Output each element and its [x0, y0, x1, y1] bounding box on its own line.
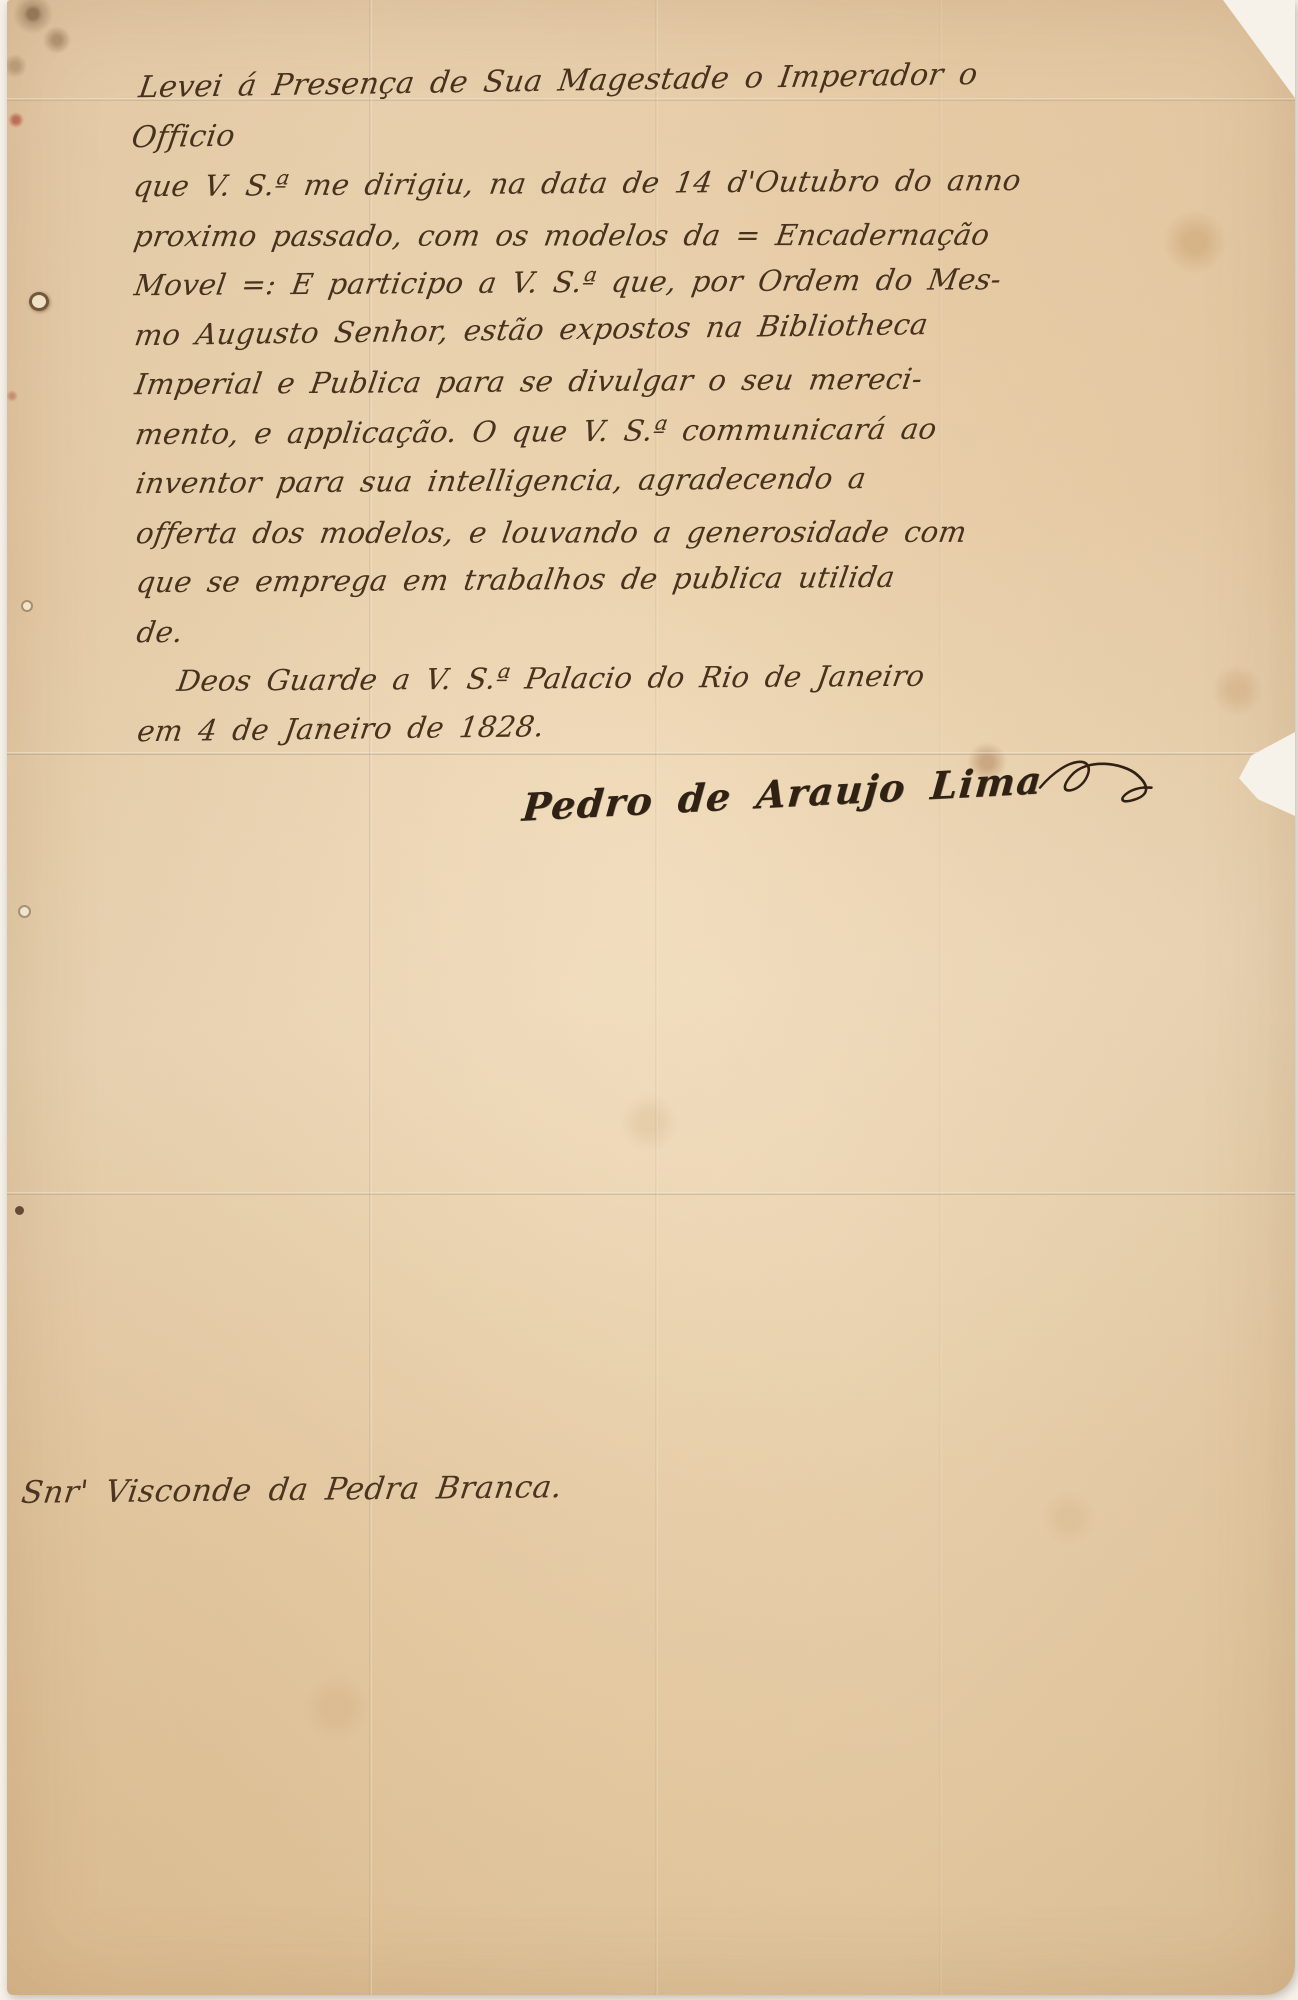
closing-line-salutation: Deos Guarde a V. S.ª Palacio do Rio de J…: [175, 651, 1060, 707]
handwritten-line: offerta dos modelos, e louvando a genero…: [134, 502, 1059, 558]
handwritten-line: mo Augusto Senhor, estão expostos na Bib…: [132, 304, 1057, 360]
signature-flourish: [1034, 743, 1159, 812]
handwritten-line: Imperial e Publica para se divulgar o se…: [133, 354, 1058, 410]
signature: Pedro de Araujo Lima: [520, 743, 1160, 839]
handwritten-line: mento, e applicação. O que V. S.ª commun…: [133, 403, 1058, 459]
binding-hole: [15, 1206, 24, 1215]
handwritten-line: de.: [134, 601, 1059, 657]
closing-line-date: em 4 de Janeiro de 1828.: [135, 700, 1060, 756]
handwritten-line: Levei á Presença de Sua Magestade o Impe…: [131, 57, 1057, 162]
letter-body: Levei á Presença de Sua Magestade o Impe…: [131, 57, 1061, 756]
handwritten-line: que se emprega em trabalhos de publica u…: [134, 552, 1059, 608]
manuscript-page: Levei á Presença de Sua Magestade o Impe…: [7, 0, 1295, 1995]
signature-name: Pedro de Araujo Lima: [520, 757, 1044, 830]
binding-hole: [18, 905, 31, 918]
binding-hole: [29, 292, 49, 311]
binding-hole: [21, 600, 33, 612]
fold-crease-horizontal-lower: [7, 1192, 1295, 1195]
torn-corner-top-right: [1223, 0, 1295, 98]
handwritten-line: inventor para sua intelligencia, agradec…: [133, 453, 1058, 509]
handwritten-line: proximo passado, com os modelos da = Enc…: [132, 205, 1057, 261]
handwritten-line: que V. S.ª me dirigiu, na data de 14 d'O…: [131, 156, 1056, 212]
addressee-line: Snr' Visconde da Pedra Branca.: [19, 1469, 564, 1511]
torn-notch-right-edge: [1239, 732, 1295, 816]
